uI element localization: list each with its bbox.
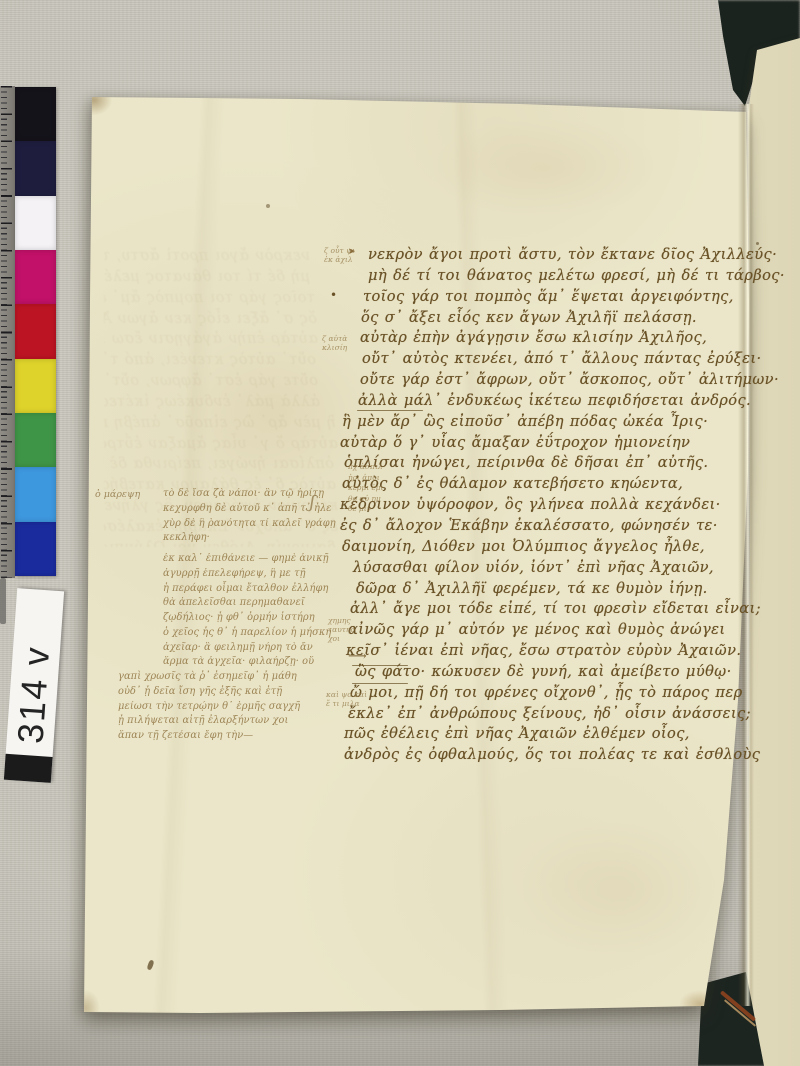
verse-line: νεκρὸν ἄγοι προτὶ ἄστυ, τὸν ἔκτανε δῖος … <box>104 247 340 268</box>
verse-line: τοῖος γάρ τοι πομπὸς ἅμ᾽ ἕψεται ἀργειφόν… <box>338 288 750 309</box>
margin-note: χημηςταυτηςχοι <box>328 616 355 643</box>
color-patch-blue <box>15 522 56 576</box>
verse-line: δαιμονίη, Διόθεν μοι Ὀλύμπιος ἄγγελος ἦλ… <box>338 538 750 559</box>
manuscript-photo: { "photo": { "background_color": "#c9c6b… <box>0 0 800 1066</box>
verse-line: ὁπλίσαι ἠνώγει, πείρινθα δὲ δῆσαι ἐπ᾽ αὐ… <box>338 454 750 475</box>
scholia-line: ζῳδήλιος· ᾗ φθ᾽ ὀρμήν ἱστήρη <box>163 612 353 627</box>
verse-line: κέδρινον ὑψόροφον, ὃς γλήνεα πολλὰ κεχάν… <box>338 496 750 517</box>
verse-line: μὴ δέ τί τοι θάνατος μελέτω φρεσί, μὴ δέ… <box>338 267 750 288</box>
verse-line: αὐτὸς δ᾽ ἐς θάλαμον κατεβήσετο κηώεντα, <box>338 475 750 496</box>
scholia-line: τὸ δὲ ἴσα ζὰ νάποι· ἂν τῷ ἠρίτῃ <box>163 488 353 503</box>
verse-line: αὐτὰρ ἐπὴν ἀγάγῃσιν ἔσω κλισίην Ἀχιλῆος, <box>338 329 750 350</box>
color-patch-green <box>15 413 56 467</box>
verse-line: ἣ μὲν ἄρ᾽ ὣς εἰποῦσ᾽ ἀπέβη πόδας ὠκέα Ἶρ… <box>104 414 340 435</box>
left-margin-gloss: ὁ μάρεψη <box>95 489 140 500</box>
scholia-line: χὺρ δὲ ἢ ῥανότητα τί καλεῖ γράφῃ <box>163 518 353 533</box>
verse-line: οὔτε γάρ ἐστ᾽ ἄφρων, οὔτ᾽ ἄσκοπος, οὔτ᾽ … <box>104 372 340 393</box>
parchment-stain <box>520 820 720 960</box>
verse-line: ἀλλ᾽ ἄγε μοι τόδε εἰπέ, τί τοι φρεσὶν εἴ… <box>338 600 750 621</box>
color-patch-red <box>15 304 56 358</box>
verse-line: αὐτὰρ ἐπὴν ἀγάγῃσιν ἔσω κλισίην Ἀχιλῆος, <box>104 330 340 351</box>
verse-line: οὔτ᾽ αὐτὸς κτενέει, ἀπό τ᾽ ἄλλους πάντας… <box>338 350 750 371</box>
verse-line: ὅς σ᾽ ἄξει εἷός κεν ἄγων Ἀχιλῆϊ πελάσσῃ. <box>104 310 340 331</box>
verse-line: οὔτ᾽ αὐτὸς κτενέει, ἀπό τ᾽ ἄλλους πάντας… <box>104 351 340 372</box>
verse-line: ἐς δ᾽ ἄλοχον Ἑκάβην ἐκαλέσσατο, φώνησέν … <box>338 517 750 538</box>
verse-line: οὔτε γάρ ἐστ᾽ ἄφρων, οὔτ᾽ ἄσκοπος, οὔτ᾽ … <box>338 371 750 392</box>
scholia-line: ᾖ πιλήψεται αἰτῇ ἐλαρξήντων χοι <box>118 715 353 730</box>
verse-line: κεῖσ᾽ ἰέναι ἐπὶ νῆας, ἔσω στρατὸν εὐρὺν … <box>338 642 750 663</box>
scholia-line: γαπὶ χρωσῖς τὰ ῥ᾽ ἐσημεῖφ᾽ ἦ μάθη <box>118 671 353 686</box>
verse-line: ἣ μὲν ἄρ᾽ ὣς εἰποῦσ᾽ ἀπέβη πόδας ὠκέα Ἶρ… <box>338 413 750 434</box>
color-patch-azure <box>15 467 56 521</box>
scholia-line: ἐκ καλ᾽ ἐπιθάνειε — φημὲ ἀνικῇ <box>163 553 353 568</box>
color-bar-patches <box>15 87 56 576</box>
verse-line: νεκρὸν ἄγοι προτὶ ἄστυ, τὸν ἔκτανε δῖος … <box>338 246 750 267</box>
verse-line: ἀλλὰ μάλ᾽ ἐνδυκέως ἱκέτεω πεφιδήσεται ἀν… <box>104 393 340 414</box>
margin-note: πχ ἀσπιλἠρι ἀποικερμι ἐμιθο αὐ ημθε μιν <box>348 462 383 515</box>
scholia-line: ἅρμα τὰ ἀγχεῖα· φιλαήρζῃ· οὕ <box>163 656 353 671</box>
verse-line: τοῖος γάρ τοι πομπὸς ἅμ᾽ ἕψεται ἀργειφόν… <box>104 289 340 310</box>
margin-note: καὶ ψο καὶἔ τι μιλα <box>326 690 367 708</box>
verse-line: πῶς ἐθέλεις ἐπὶ νῆας Ἀχαιῶν ἐλθέμεν οἶος… <box>338 725 750 746</box>
ruler-strip <box>0 86 15 578</box>
scholia-line: ὁ χεῖος ἧς θ᾽ ἡ παρελίον ἡ μήσκη <box>163 627 353 642</box>
scholia-line: κεκλήφη· <box>163 532 353 547</box>
scholia-line: θὰ ἀπελεῖσθαι περημαθανεῖ <box>163 597 353 612</box>
verse-line: ὅς σ᾽ ἄξει εἷός κεν ἄγων Ἀχιλῆϊ πελάσσῃ. <box>338 309 750 330</box>
color-patch-white <box>15 196 56 250</box>
arrow-mark: ⟶ <box>348 649 367 664</box>
verse-line: αἰνῶς γάρ μ᾽ αὐτόν γε μένος καὶ θυμὸς ἀν… <box>338 621 750 642</box>
color-patch-yellow <box>15 359 56 413</box>
color-patch-black <box>15 87 56 141</box>
folio-label-black-band <box>4 754 53 783</box>
verse-line: ὁπλίσαι ἠνώγει, πείρινθα δὲ δῆσαι ἐπ᾽ αὐ… <box>104 455 340 476</box>
ink-speck <box>756 242 759 245</box>
verse-line: αὐτὰρ ὅ γ᾽ υἷας ἄμαξαν ἐΰτροχον ἡμιονείη… <box>338 434 750 455</box>
verse-line: αὐτὰρ ὅ γ᾽ υἷας ἄμαξαν ἐΰτροχον ἡμιονείη… <box>104 435 340 456</box>
scholia-line: ἡ περάφει οἷμαι ἔταλθον ἐλλήφη <box>163 583 353 598</box>
scholia-line: ἀγυρρῇ ἐπελεφήρεψ, ἢ με τῇ <box>163 568 353 583</box>
verse-line: ὤ μοι, πῇ δή τοι φρένες οἴχονθ᾽, ᾗς τὸ π… <box>338 684 750 705</box>
scholia-line: ἅπαν τῇ ζετέσαι ἔφη τὴν— <box>118 730 353 745</box>
scholia-block: τὸ δὲ ἴσα ζὰ νάποι· ἂν τῷ ἠρίτῃκεχυρφθη … <box>163 488 353 745</box>
ruler-end-fragment <box>0 578 6 624</box>
color-patch-magenta <box>15 250 56 304</box>
color-patch-dark-blue <box>15 141 56 195</box>
ink-speck <box>266 204 270 208</box>
parchment-stain <box>430 118 660 218</box>
caret-mark: ➤ <box>348 247 356 257</box>
margin-note: ζ αὐτὰκλισίη <box>322 334 347 352</box>
bullet-mark: • <box>330 288 337 302</box>
verse-line: λύσασθαι φίλον υἱόν, ἰόντ᾽ ἐπὶ νῆας Ἀχαι… <box>338 559 750 580</box>
verse-line: μὴ δέ τί τοι θάνατος μελέτω φρεσί, μὴ δέ… <box>104 268 340 289</box>
verse-line: ἔκλε᾽ ἐπ᾽ ἀνθρώπους ξείνους, ἠδ᾽ οἷσιν ἀ… <box>338 705 750 726</box>
folio-number: 314 v <box>9 644 58 745</box>
verse-line: ἀνδρὸς ἐς ὀφθαλμούς, ὅς τοι πολέας τε κα… <box>338 746 750 767</box>
scholia-line: κεχυρφθη δὲ αὐτοῦ κ᾽ ἀπῆ τ᾽ ἦλε <box>163 503 353 518</box>
verse-line: δῶρα δ᾽ Ἀχιλλῆϊ φερέμεν, τά κε θυμὸν ἰήν… <box>338 580 750 601</box>
verse-text-block: νεκρὸν ἄγοι προτὶ ἄστυ, τὸν ἔκτανε δῖος … <box>338 246 750 767</box>
scholia-line: οὐδ᾽ ᾗ δεῖα ἴση γῆς ἑξῆς καὶ ἑτῇ <box>118 686 353 701</box>
scholia-line: ἀχεῖαρ· ἃ φειλημῇ νήρη τὸ ἄν <box>163 642 353 657</box>
scholia-line: μείωσι τὴν τετρῴην θ᾽ ἑρμῆς σαγχῆ <box>118 701 353 716</box>
